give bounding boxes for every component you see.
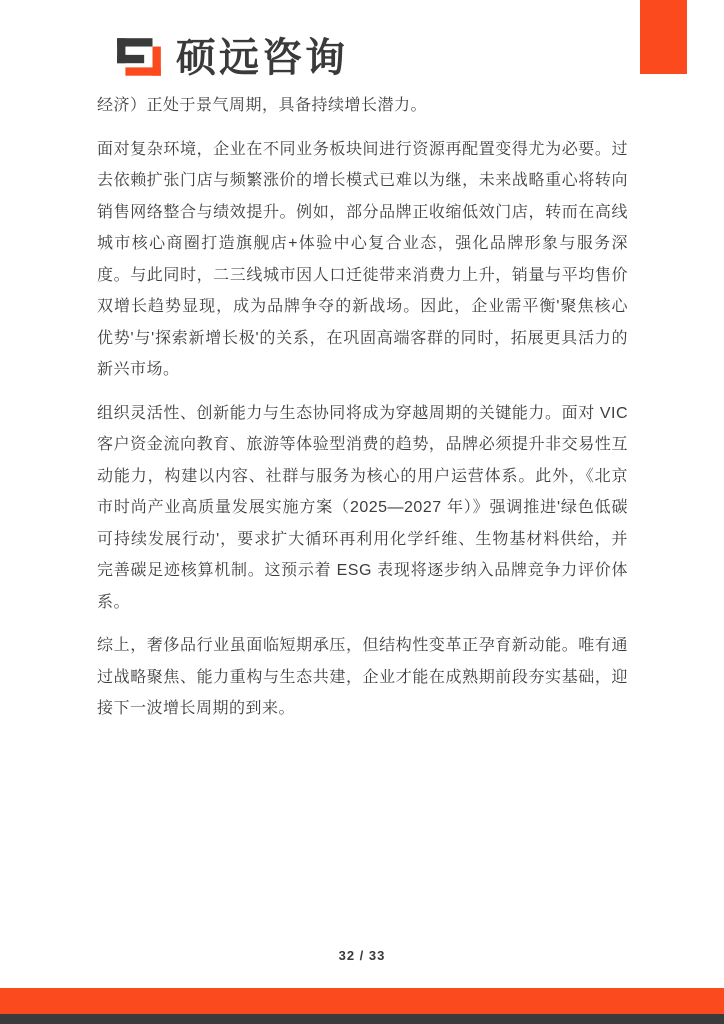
report-page: 硕远咨询 经济）正处于景气周期，具备持续增长潜力。 面对复杂环境，企业在不同业务…	[0, 0, 724, 1024]
brand-logo-icon	[115, 36, 165, 80]
paragraph: 组织灵活性、创新能力与生态协同将成为穿越周期的关键能力。面对 VIC 客户资金流…	[97, 398, 628, 619]
footer-dark-bar	[0, 1014, 724, 1024]
paragraph: 经济）正处于景气周期，具备持续增长潜力。	[97, 90, 628, 122]
page-number: 32 / 33	[0, 948, 724, 963]
document-body: 经济）正处于景气周期，具备持续增长潜力。 面对复杂环境，企业在不同业务板块间进行…	[97, 90, 628, 737]
brand-name: 硕远咨询	[176, 38, 348, 78]
corner-accent-block	[640, 0, 687, 74]
footer-accent-bar	[0, 988, 724, 1014]
paragraph: 综上，奢侈品行业虽面临短期承压，但结构性变革正孕育新动能。唯有通过战略聚焦、能力…	[97, 630, 628, 725]
brand-logo: 硕远咨询	[115, 36, 348, 80]
paragraph: 面对复杂环境，企业在不同业务板块间进行资源再配置变得尤为必要。过去依赖扩张门店与…	[97, 134, 628, 386]
